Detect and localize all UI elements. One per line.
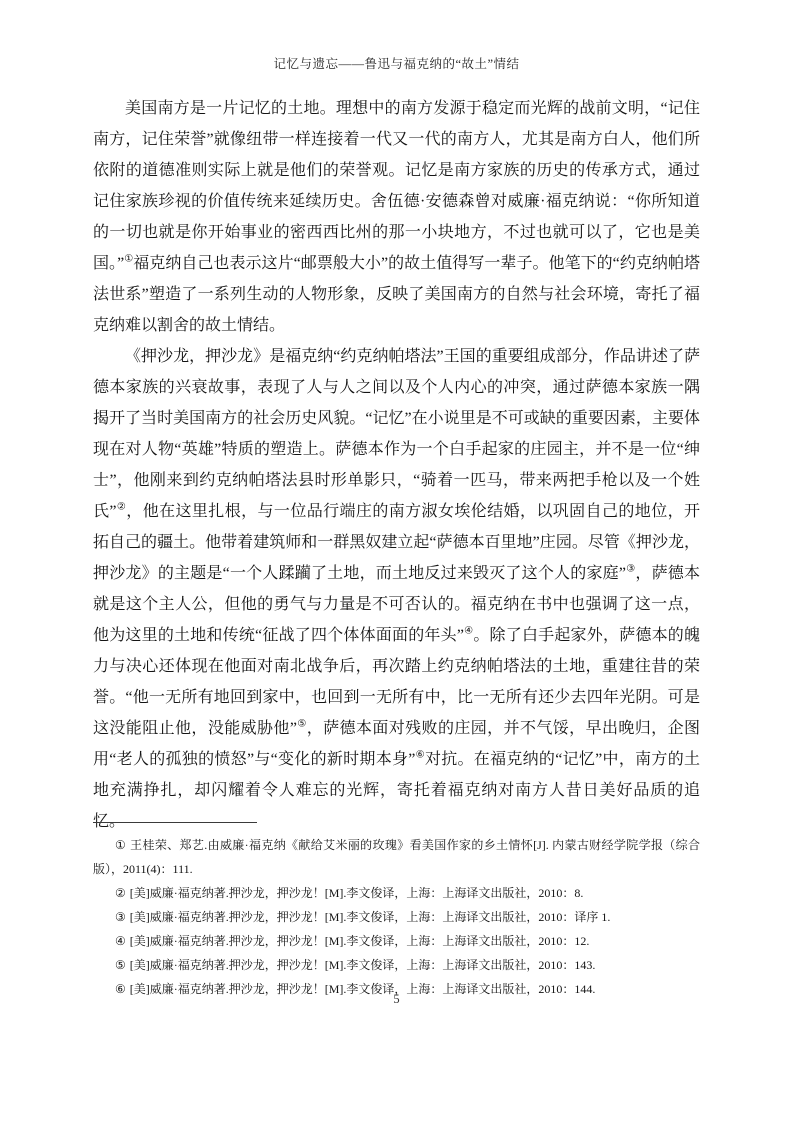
footnote-ref-6: ⑥ (415, 750, 425, 761)
footnote-ref-1: ① (124, 254, 133, 265)
paragraph-1: 美国南方是一片记忆的土地。理想中的南方发源于稳定而光辉的战前文明，“记住南方，记… (93, 93, 700, 341)
document-page: 记忆与遗忘——鲁迅与福克纳的“故土”情结 美国南方是一片记忆的土地。理想中的南方… (0, 0, 793, 1122)
footnote-text: [美]威廉·福克纳著.押沙龙，押沙龙！[M].李文俊译，上海：上海译文出版社，2… (130, 958, 596, 972)
paragraph-1-text: 福克纳自己也表示这片“邮票般大小”的故土值得写一辈子。他笔下的“约克纳帕塔法世系… (93, 255, 700, 334)
footnote-item-1: ①王桂荣、郑艺.由威廉·福克纳《献给艾米丽的玫瑰》看美国作家的乡土情怀[J]. … (93, 833, 700, 881)
footnote-text: [美]威廉·福克纳著.押沙龙，押沙龙！[M].李文俊译，上海：上海译文出版社，2… (130, 910, 611, 924)
footnote-ref-4: ④ (464, 626, 473, 637)
footnote-item-2: ②[美]威廉·福克纳著.押沙龙，押沙龙！[M].李文俊译，上海：上海译文出版社，… (93, 881, 700, 905)
footnote-marker: ① (115, 838, 126, 852)
paragraph-2-text: ，他在这里扎根，与一位品行端庄的南方淑女埃伦结婚，以巩固自己的地位，开拓自己的疆… (93, 503, 700, 582)
footnote-text: [美]威廉·福克纳著.押沙龙，押沙龙！[M].李文俊译，上海：上海译文出版社，2… (130, 886, 584, 900)
footnote-item-5: ⑤[美]威廉·福克纳著.押沙龙，押沙龙！[M].李文俊译，上海：上海译文出版社，… (93, 953, 700, 977)
footnote-marker: ② (115, 886, 126, 900)
footnote-text: 王桂荣、郑艺.由威廉·福克纳《献给艾米丽的玫瑰》看美国作家的乡土情怀[J]. 内… (93, 838, 700, 876)
footnote-ref-3: ③ (626, 564, 635, 575)
footnote-marker: ⑤ (115, 958, 126, 972)
paragraph-1-text: 美国南方是一片记忆的土地。理想中的南方发源于稳定而光辉的战前文明，“记住南方，记… (93, 100, 700, 272)
footnote-marker: ③ (115, 910, 126, 924)
paragraph-2-text: 《押沙龙，押沙龙》是福克纳“约克纳帕塔法”王国的重要组成部分，作品讲述了萨德本家… (93, 348, 700, 520)
running-header-title: 记忆与遗忘——鲁迅与福克纳的“故土”情结 (0, 54, 793, 72)
footnote-item-4: ④[美]威廉·福克纳著.押沙龙，押沙龙！[M].李文俊译，上海：上海译文出版社，… (93, 929, 700, 953)
document-body: 美国南方是一片记忆的土地。理想中的南方发源于稳定而光辉的战前文明，“记住南方，记… (93, 93, 700, 837)
paragraph-2: 《押沙龙，押沙龙》是福克纳“约克纳帕塔法”王国的重要组成部分，作品讲述了萨德本家… (93, 341, 700, 837)
footnote-item-3: ③[美]威廉·福克纳著.押沙龙，押沙龙！[M].李文俊译，上海：上海译文出版社，… (93, 905, 700, 929)
footnote-text: [美]威廉·福克纳著.押沙龙，押沙龙！[M].李文俊译，上海：上海译文出版社，2… (130, 934, 590, 948)
footnote-marker: ④ (115, 934, 126, 948)
footnote-separator-line (93, 822, 257, 823)
footnote-ref-2: ② (117, 502, 127, 513)
footnote-ref-5: ⑤ (297, 719, 307, 730)
page-number: 5 (0, 992, 793, 1007)
footnote-section: ①王桂荣、郑艺.由威廉·福克纳《献给艾米丽的玫瑰》看美国作家的乡土情怀[J]. … (93, 822, 700, 1001)
